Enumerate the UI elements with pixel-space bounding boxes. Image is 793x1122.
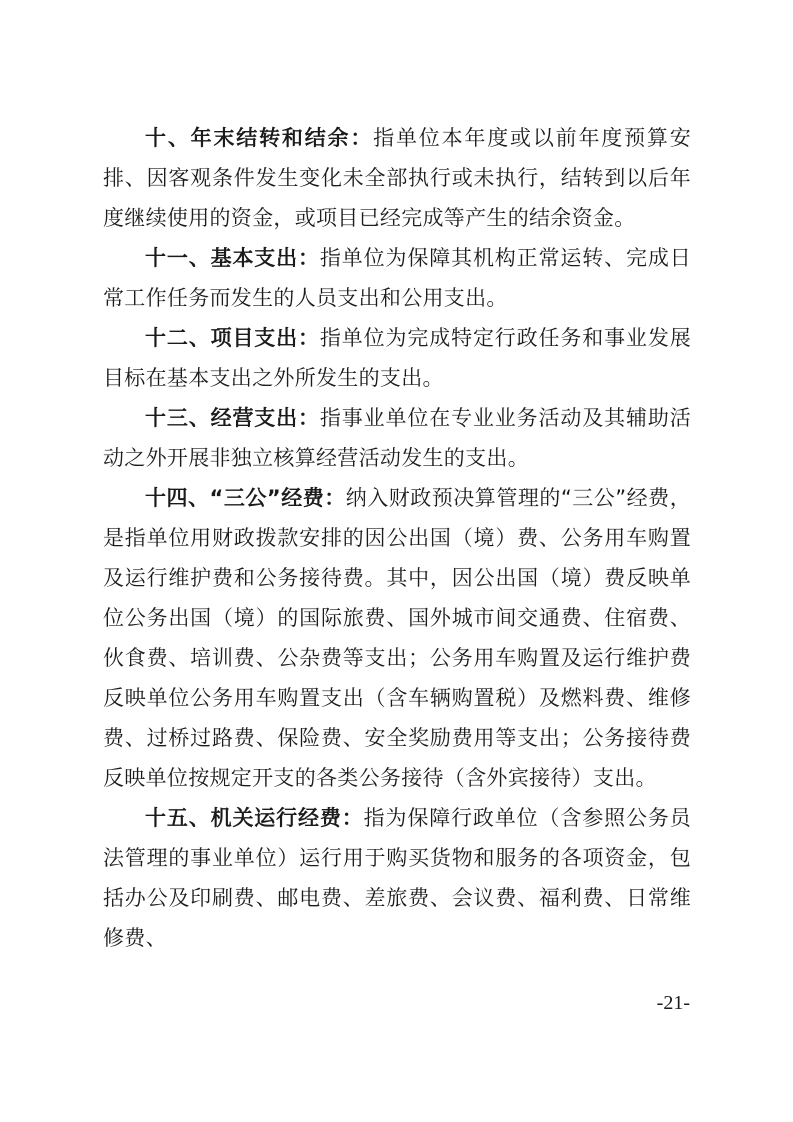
definition-paragraph-year-end-carryover: 十、年末结转和结余：指单位本年度或以前年度预算安排、因客观条件发生变化未全部执行… [103,118,691,238]
definition-paragraph-agency-operating-funds: 十五、机关运行经费：指为保障行政单位（含参照公务员法管理的事业单位）运行用于购买… [103,798,691,958]
definition-paragraph-basic-expenditure: 十一、基本支出：指单位为保障其机构正常运转、完成日常工作任务而发生的人员支出和公… [103,238,691,318]
definition-term: 十四、“三公”经费： [145,486,346,510]
definition-text: 纳入财政预决算管理的“三公”经费，是指单位用财政拨款安排的因公出国（境）费、公务… [103,486,691,790]
definition-term: 十二、项目支出： [145,326,320,350]
definition-term: 十一、基本支出： [145,246,320,270]
definition-term: 十三、经营支出： [145,406,320,430]
definition-term: 十五、机关运行经费： [145,806,364,830]
definition-paragraph-operating-expenditure: 十三、经营支出：指事业单位在专业业务活动及其辅助活动之外开展非独立核算经营活动发… [103,398,691,478]
definition-paragraph-three-public-funds: 十四、“三公”经费：纳入财政预决算管理的“三公”经费，是指单位用财政拨款安排的因… [103,478,691,798]
document-body: 十、年末结转和结余：指单位本年度或以前年度预算安排、因客观条件发生变化未全部执行… [103,118,691,958]
document-page: 十、年末结转和结余：指单位本年度或以前年度预算安排、因客观条件发生变化未全部执行… [0,0,793,1122]
definition-term: 十、年末结转和结余： [145,126,373,150]
page-number: -21- [657,992,690,1015]
definition-paragraph-project-expenditure: 十二、项目支出：指单位为完成特定行政任务和事业发展目标在基本支出之外所发生的支出… [103,318,691,398]
